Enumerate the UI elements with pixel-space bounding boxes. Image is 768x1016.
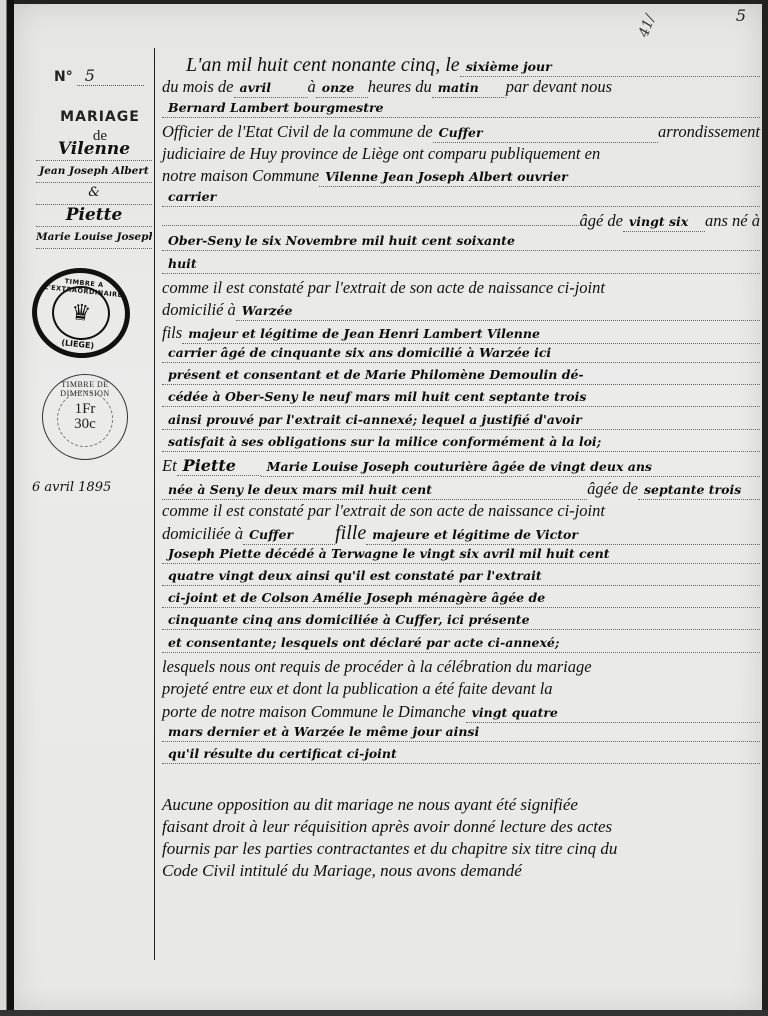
handwritten-entry: satisfait à ses obligations sur la milic…	[162, 433, 760, 452]
printed-text: à	[308, 76, 316, 98]
printed-text: par devant nous	[506, 76, 612, 98]
body-line-23: Joseph Piette décédé à Terwagne le vingt…	[162, 545, 760, 567]
printed-text: fils	[162, 322, 182, 344]
body-line-32: qu'il résulte du certificat ci-joint	[162, 745, 760, 767]
body-line-5: judiciaire de Huy province de Liège ont …	[162, 143, 760, 165]
printed-text: Code Civil intitulé du Mariage, nous avo…	[162, 860, 522, 882]
body-line-27: et consentante; lesquels ont déclaré par…	[162, 634, 760, 656]
handwritten-entry: ci-joint et de Colson Amélie Joseph ména…	[162, 589, 760, 608]
record-number-label: N°	[54, 69, 73, 85]
handwritten-entry: matin	[432, 79, 506, 98]
printed-text: arrondissement	[658, 121, 760, 143]
body-line-18: satisfait à ses obligations sur la milic…	[162, 433, 760, 455]
handwritten-entry: Marie Louise Joseph couturière âgée de v…	[261, 458, 760, 477]
handwritten-entry: qu'il résulte du certificat ci-joint	[162, 745, 760, 764]
body-line-21: comme il est constaté par l'extrait de s…	[162, 500, 760, 522]
closing-line-1: Aucune opposition au dit mariage ne nous…	[162, 794, 760, 816]
groom-given-names: Jean Joseph Albert	[36, 160, 152, 183]
body-line-22: domiciliée à Cuffer fille majeure et lég…	[162, 522, 760, 544]
handwritten-entry: septante trois	[638, 481, 760, 500]
register-page: 5 41/ N° 5 MARIAGE de Vilenne Jean Josep…	[14, 4, 762, 1012]
handwritten-entry: carrier	[162, 188, 760, 207]
printed-text: notre maison Commune	[162, 165, 319, 187]
printed-text: faisant droit à leur réquisition après a…	[162, 816, 612, 838]
handwritten-entry: majeure et légitime de Victor	[366, 526, 760, 545]
printed-text: domicilié à	[162, 299, 236, 321]
body-line-9: Ober-Seny le six Novembre mil huit cent …	[162, 232, 760, 254]
body-line-13: fils majeur et légitime de Jean Henri La…	[162, 322, 760, 344]
margin-divider	[154, 48, 155, 960]
handwritten-entry: quatre vingt deux ainsi qu'il est consta…	[162, 567, 760, 586]
scan-edge-left	[0, 0, 14, 1016]
scan-edge-right	[762, 0, 768, 1016]
body-line-7: carrier	[162, 188, 760, 210]
handwritten-entry: avril	[234, 79, 308, 98]
printed-text: L'an mil huit cent nonante cinq, le	[186, 54, 460, 76]
printed-text: comme il est constaté par l'extrait de s…	[162, 277, 605, 299]
record-number-value: 5	[77, 66, 144, 86]
body-line-2: du mois de avril à onze heures du matin …	[162, 76, 760, 98]
body-line-4: Officier de l'Etat Civil de la commune d…	[162, 121, 760, 143]
handwritten-entry: huit	[162, 255, 760, 274]
body-line-28: lesquels nous ont requis de procéder à l…	[162, 656, 760, 678]
handwritten-entry: Cuffer	[433, 124, 658, 143]
printed-text: projeté entre eux et dont la publication…	[162, 678, 553, 700]
closing-line-3: fournis par les parties contractantes et…	[162, 838, 760, 860]
printed-text: domiciliée à	[162, 523, 243, 545]
page-number: 5	[736, 6, 746, 25]
groom-surname: Vilenne	[36, 138, 152, 161]
body-line-1: L'an mil huit cent nonante cinq, le sixi…	[162, 54, 760, 76]
handwritten-entry: vingt quatre	[466, 704, 760, 723]
handwritten-entry: onze	[316, 79, 368, 98]
printed-text: ans né à	[705, 210, 760, 232]
body-line-20: née à Seny le deux mars mil huit cent âg…	[162, 478, 760, 500]
scan-edge-bottom	[0, 1010, 768, 1016]
handwritten-entry: cinquante cinq ans domiciliée à Cuffer, …	[162, 611, 760, 630]
handwritten-entry: ainsi prouvé par l'extrait ci-annexé; le…	[162, 411, 760, 430]
printed-text: porte de notre maison Commune le Dimanch…	[162, 701, 466, 723]
handwritten-entry: Warzée	[236, 302, 760, 321]
handwritten-entry: vingt six	[623, 213, 705, 232]
body-line-26: cinquante cinq ans domiciliée à Cuffer, …	[162, 611, 760, 633]
handwritten-entry: carrier âgé de cinquante six ans domicil…	[162, 344, 760, 363]
handwritten-entry: mars dernier et à Warzée le même jour ai…	[162, 723, 760, 742]
printed-text: heures du	[368, 76, 432, 98]
body-line-31: mars dernier et à Warzée le même jour ai…	[162, 723, 760, 745]
handwritten-entry: Ober-Seny le six Novembre mil huit cent …	[162, 232, 760, 251]
handwritten-entry: présent et consentant et de Marie Philom…	[162, 366, 760, 385]
stamp-extraordinaire: TIMBRE A L'EXTRAORDINAIRE ♛ (LIEGE)	[28, 263, 135, 363]
printed-text: âgé de	[579, 210, 623, 232]
body-line-16: cédée à Ober-Seny le neuf mars mil huit …	[162, 388, 760, 410]
closing-line-4: Code Civil intitulé du Mariage, nous avo…	[162, 860, 760, 882]
closing-paragraph: Aucune opposition au dit mariage ne nous…	[162, 794, 760, 883]
stamp-dimension: TIMBRE DE DIMENSION 1Fr 30c	[42, 374, 128, 460]
handwritten-entry: sixième jour	[460, 58, 760, 77]
printed-text: fournis par les parties contractantes et…	[162, 838, 617, 860]
printed-text: comme il est constaté par l'extrait de s…	[162, 500, 605, 522]
body-line-6: notre maison Commune Vilenne Jean Joseph…	[162, 165, 760, 187]
body-line-30: porte de notre maison Commune le Dimanch…	[162, 701, 760, 723]
handwritten-entry: Vilenne Jean Joseph Albert ouvrier	[319, 168, 760, 187]
wreath-icon	[57, 391, 113, 447]
bride-surname: Piette	[36, 204, 152, 227]
handwritten-entry: Joseph Piette décédé à Terwagne le vingt…	[162, 545, 760, 564]
printed-text: Et	[162, 455, 177, 477]
handwritten-entry: Bernard Lambert bourgmestre	[162, 99, 760, 118]
body-line-19: Et Piette Marie Louise Joseph couturière…	[162, 455, 760, 477]
printed-text: lesquels nous ont requis de procéder à l…	[162, 656, 592, 678]
printed-text: Aucune opposition au dit mariage ne nous…	[162, 794, 578, 816]
body-line-3: Bernard Lambert bourgmestre	[162, 99, 760, 121]
body-line-25: ci-joint et de Colson Amélie Joseph ména…	[162, 589, 760, 611]
body-line-8: âgé de vingt six ans né à	[162, 210, 760, 232]
handwritten-entry: née à Seny le deux mars mil huit cent	[162, 481, 587, 500]
printed-text: Officier de l'Etat Civil de la commune d…	[162, 121, 433, 143]
body-line-10: huit	[162, 255, 760, 277]
body-line-29: projeté entre eux et dont la publication…	[162, 678, 760, 700]
handwritten-entry: cédée à Ober-Seny le neuf mars mil huit …	[162, 388, 760, 407]
printed-text: fille	[335, 522, 366, 544]
body-line-12: domicilié à Warzée	[162, 299, 760, 321]
closing-line-2: faisant droit à leur réquisition après a…	[162, 816, 760, 838]
bride-given-names: Marie Louise Joseph	[36, 226, 152, 249]
handwritten-bride-surname: Piette	[177, 457, 261, 476]
margin-date-note: 6 avril 1895	[32, 480, 150, 495]
printed-text: âgée de	[587, 478, 638, 500]
handwritten-entry: Cuffer	[243, 526, 335, 545]
record-type-title: MARIAGE	[50, 109, 150, 125]
body-line-11: comme il est constaté par l'extrait de s…	[162, 277, 760, 299]
margin-annotation: 41/	[636, 13, 659, 40]
record-body: L'an mil huit cent nonante cinq, le sixi…	[162, 54, 760, 883]
record-number: N° 5	[54, 66, 144, 86]
body-line-17: ainsi prouvé par l'extrait ci-annexé; le…	[162, 411, 760, 433]
body-line-15: présent et consentant et de Marie Philom…	[162, 366, 760, 388]
margin-and: &	[36, 182, 152, 205]
body-line-24: quatre vingt deux ainsi qu'il est consta…	[162, 567, 760, 589]
handwritten-entry: et consentante; lesquels ont déclaré par…	[162, 634, 760, 653]
body-line-14: carrier âgé de cinquante six ans domicil…	[162, 344, 760, 366]
printed-text: du mois de	[162, 76, 234, 98]
blank-field	[162, 211, 579, 226]
printed-text: judiciaire de Huy province de Liège ont …	[162, 143, 600, 165]
handwritten-entry: majeur et légitime de Jean Henri Lambert…	[182, 325, 760, 344]
